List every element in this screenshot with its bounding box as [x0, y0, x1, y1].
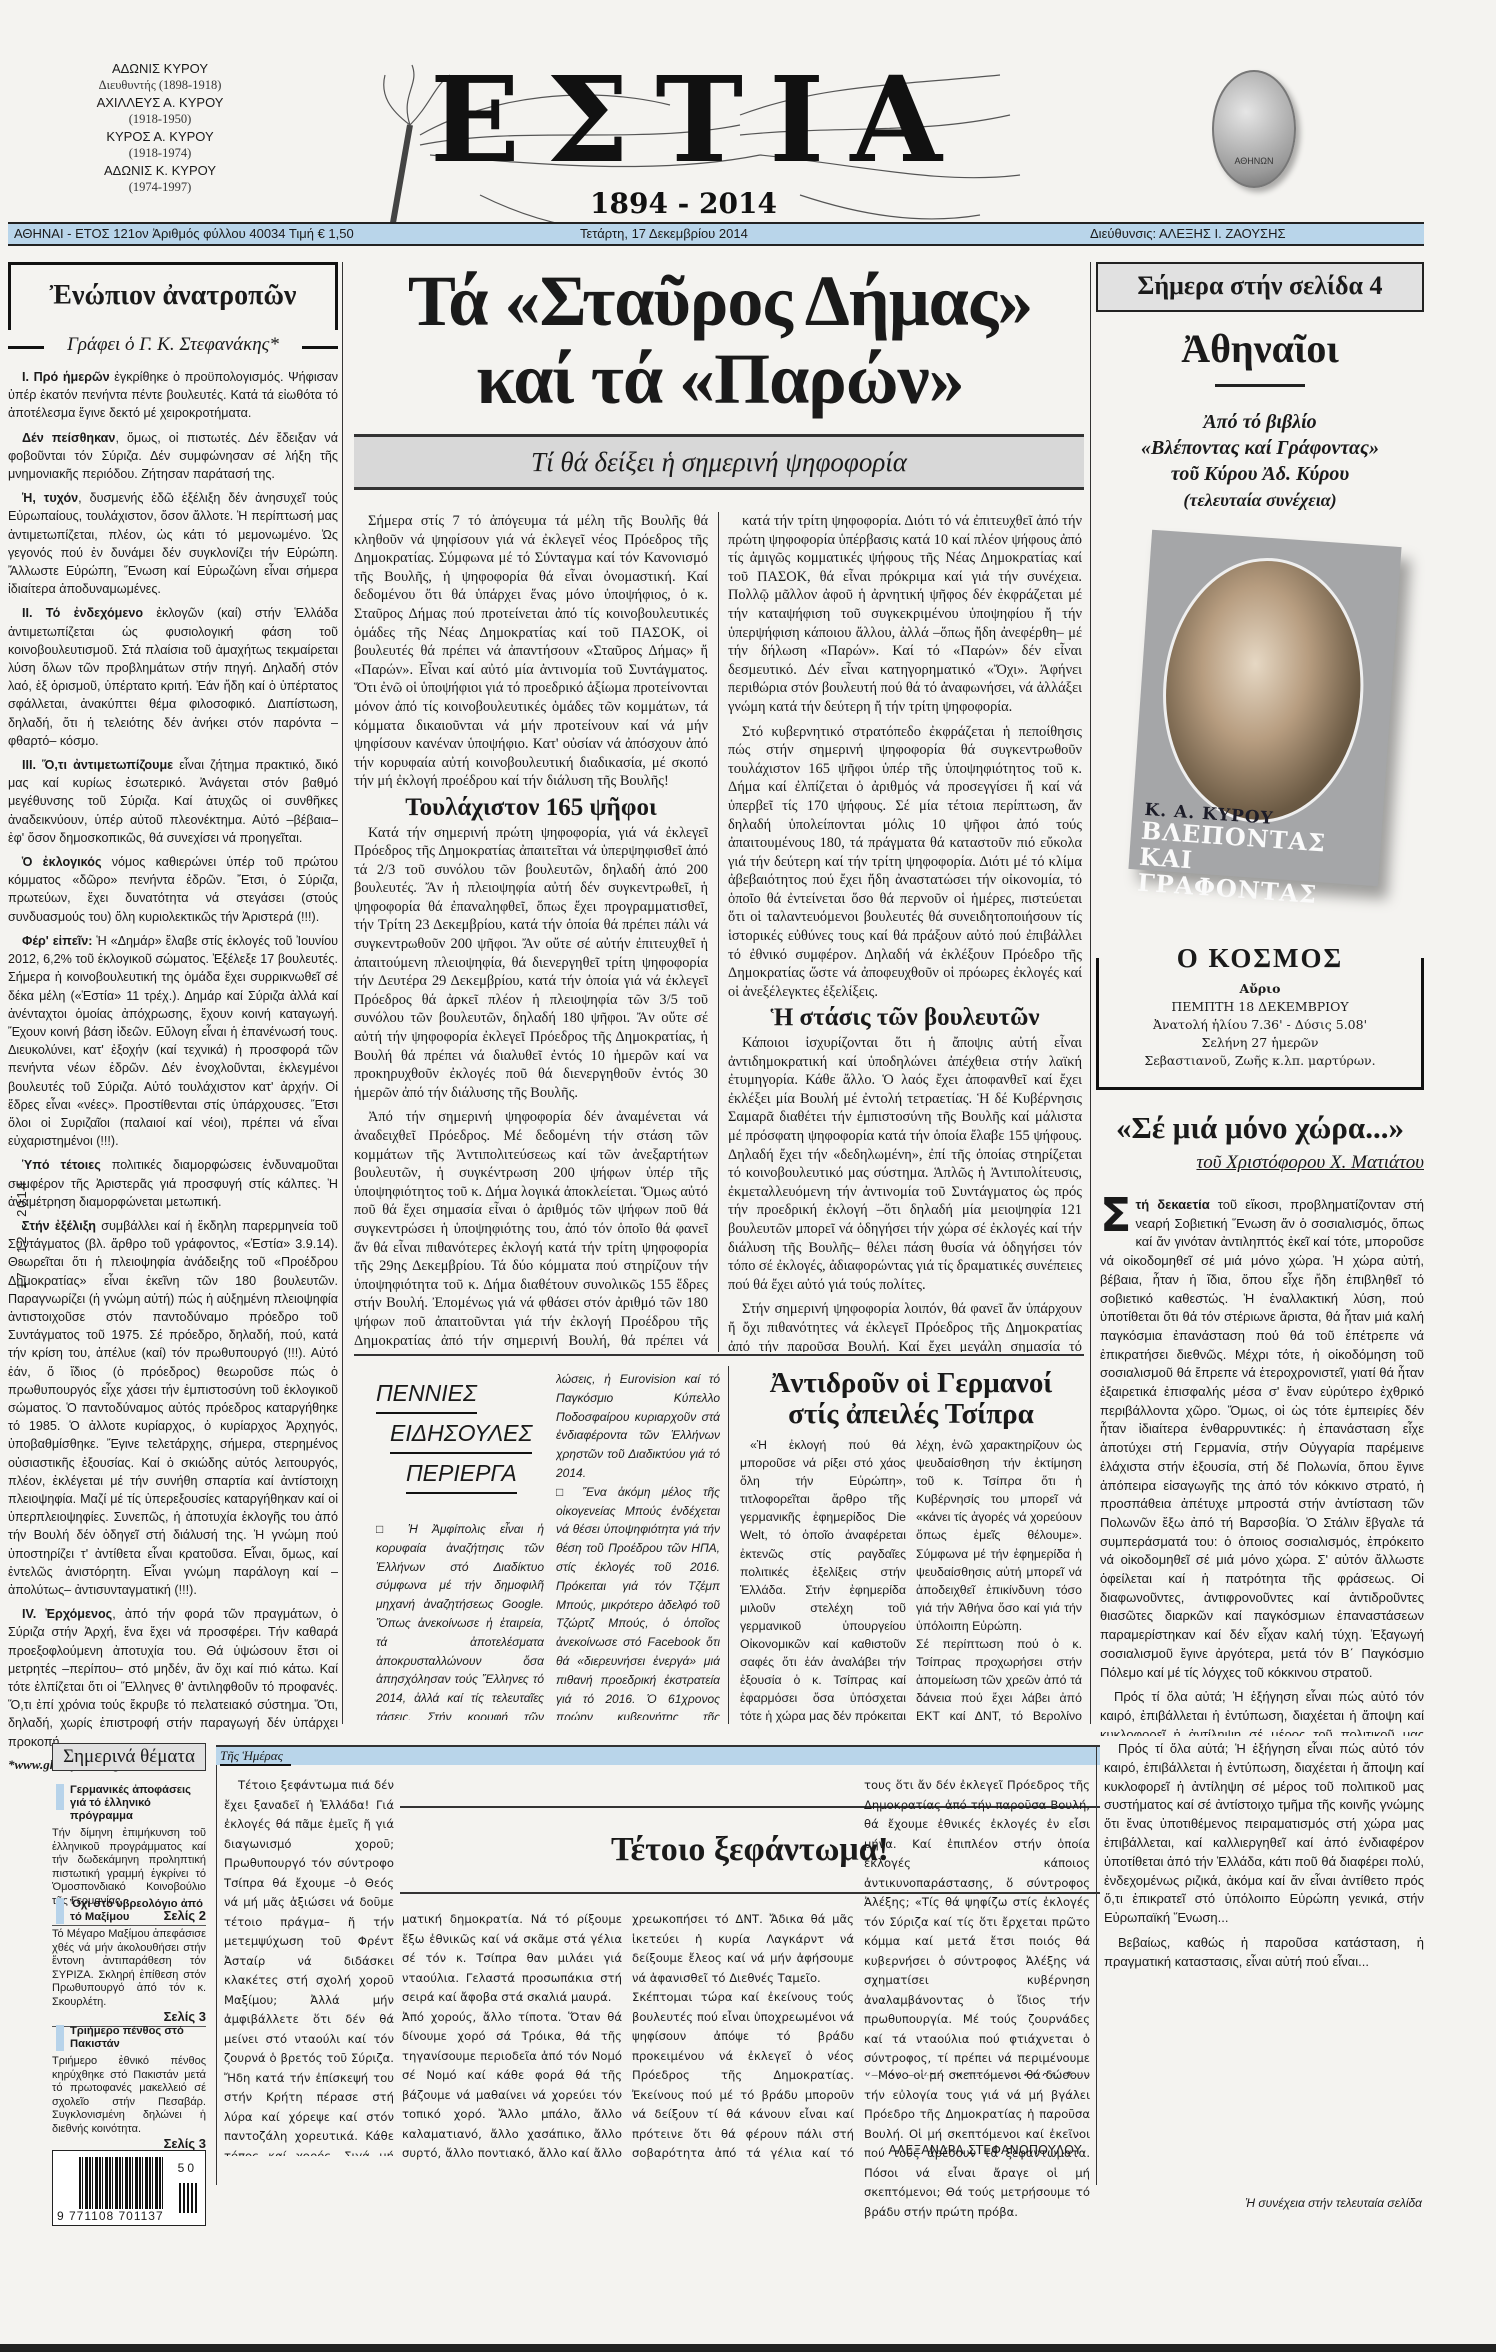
- almanac-title: Ο ΚΟΣΜΟΣ: [1096, 943, 1424, 973]
- opinion-paragraph: Ἡ, τυχόν, δυσμενής ἐδῶ ἐξέλιξη δέν ἀνησυ…: [8, 489, 338, 598]
- founder: ΑΔΩΝΙΣ Κ. ΚΥΡΟΥ(1974-1997): [60, 162, 260, 196]
- column-divider: [1090, 262, 1091, 1724]
- story-paragraph: Ἀπό τήν σημερινή ψηφοφορία δέν ἀναμένετα…: [354, 1108, 708, 1352]
- story-paragraph: Σήμερα στίς 7 τό ἀπόγευμα τά μέλη τῆς Βο…: [354, 512, 708, 791]
- masthead-years: 1894 - 2014: [590, 187, 777, 220]
- main-story-col-2: κατά τήν τρίτη ψηφοφορία. Διότι τό νά ἐπ…: [728, 512, 1082, 1352]
- page-edge: [0, 2344, 1496, 2352]
- story-paragraph: Στό κυβερνητικό στρατόπεδο ἐκφράζεται ἡ …: [728, 723, 1082, 1002]
- main-subheadline: Τί θά δείξει ἡ σημερινή ψηφοφορία: [354, 434, 1084, 490]
- barcode-number: 9 771108 701137: [57, 2209, 166, 2223]
- story-paragraph: Κατά τήν σημερινή πρώτη ψηφοφορία, γιά ν…: [354, 824, 708, 1103]
- op2-body-continued: Πρός τί ὅλα αὐτά; Ἡ ἐξήγηση εἶναι πώς αὐ…: [1104, 1740, 1424, 2150]
- story-paragraph: Κάποιοι ἰσχυρίζονται ὅτι ἡ ἄποψις αὐτή ε…: [728, 1034, 1082, 1294]
- opinion-paragraph: II. Τό ἐνδεχόμενο ἐκλογῶν (καί) στήν Ἑλλ…: [8, 604, 338, 750]
- editorial-col-4: τους ὅτι ἄν δέν ἐκλεγεῖ Πρόεδρος τῆς Δημ…: [864, 1776, 1090, 2076]
- founder: ΚΥΡΟΣ Α. ΚΥΡΟΥ(1918-1974): [60, 128, 260, 162]
- op2-body: Στή δεκαετία τοῦ εἴκοσι, προβληματίζοντα…: [1100, 1196, 1424, 1736]
- story-paragraph: Στήν σημερινή ψηφοφορία λοιπόν, θά φανεῖ…: [728, 1300, 1082, 1352]
- issue-info: ΑΘΗΝΑΙ - ΕΤΟΣ 121ον Ἀριθμός φύλλου 40034…: [14, 224, 354, 244]
- coin-emblem-icon: ΑΘΗΝΩΝ: [1212, 70, 1296, 188]
- opinion-author: Γράφει ὁ Γ. Κ. Στεφανάκης*: [8, 334, 338, 356]
- director-name: Διεύθυνσις: ΑΛΕΞΗΣ Ι. ΖΑΟΥΣΗΣ: [1090, 224, 1286, 244]
- opinion-paragraph: Φέρ' εἰπεῖν: Ἡ «Δημάρ» ἔλαβε στίς ἐκλογέ…: [8, 932, 338, 1150]
- opinion-column: Ἐνώπιον ἀνατροπῶν Γράφει ὁ Γ. Κ. Στεφανά…: [8, 262, 338, 1773]
- today-page-box: Σήμερα στήν σελίδα 4: [1096, 262, 1424, 312]
- section-divider: [354, 1354, 1084, 1356]
- opinion-title: Ἐνώπιον ἀνατροπῶν: [8, 262, 338, 330]
- story-subheading: Ἡ στάσις τῶν βουλευτῶν: [728, 1009, 1082, 1028]
- issue-code: 50: [178, 2161, 197, 2175]
- column-divider: [728, 1366, 729, 1724]
- founder: ΑΧΙΛΛΕΥΣ Α. ΚΥΡΟΥ(1918-1950): [60, 94, 260, 128]
- book-title: «Βλέποντας καί Γράφοντας»: [1096, 435, 1424, 461]
- feature-title: Ἀθηναῖοι: [1096, 325, 1424, 372]
- book-intro: Ἀπό τό βιβλίο: [1096, 409, 1424, 435]
- opinion-paragraph: Ὑπό τέτοιες πολιτικές διαμορφώσεις ἐνδυν…: [8, 1156, 338, 1211]
- barcode-addon-icon: [179, 2183, 197, 2213]
- book-note: (τελευταία συνέχεια): [1096, 487, 1424, 513]
- op2-title: «Σέ μιά μόνο χώρα...»: [1096, 1110, 1424, 1146]
- barcode-bars-icon: [79, 2157, 165, 2213]
- opinion-paragraph: Δέν πείσθηκαν, ὅμως, οἱ πιστωτές. Δέν ἔδ…: [8, 429, 338, 484]
- column-divider: [216, 1745, 217, 2185]
- book-author: τοῦ Κύρου Ἀδ. Κύρου: [1096, 461, 1424, 487]
- germans-headline: Ἀντιδροῦν οἱ Γερμανοί στίς ἀπειλές Τσίπρ…: [736, 1368, 1086, 1430]
- op2-paragraph: Πρός τί ὅλα αὐτά; Ἡ ἐξήγηση εἶναι πώς αὐ…: [1100, 1688, 1424, 1736]
- title-rule: [1215, 384, 1305, 387]
- editorial-section-bar: Τῆς Ἡμέρας: [216, 1745, 1100, 1765]
- op2-author: τοῦ Χριστόφορου Χ. Ματιάτου: [1096, 1152, 1424, 1174]
- portrait-oval: [1154, 551, 1372, 829]
- opinion-body: I. Πρό ἡμερῶν ἐγκρίθηκε ὁ προϋπολογισμός…: [8, 368, 338, 1751]
- opinion-paragraph: III. Ὅ,τι ἀντιμετωπίζουμε εἶναι ζήτημα π…: [8, 756, 338, 847]
- almanac-box: Ο ΚΟΣΜΟΣ Αὔριο ΠΕΜΠΤΗ 18 ΔΕΚΕΜΒΡΙΟΥ Ἀνατ…: [1096, 958, 1424, 1090]
- topic-item[interactable]: Τριήμερο πένθος στό Πακιστάν Τριήμερο ἐθ…: [52, 2025, 206, 2154]
- column-divider: [342, 262, 343, 1724]
- main-story-col-1: Σήμερα στίς 7 τό ἀπόγευμα τά μέλη τῆς Βο…: [354, 512, 708, 1352]
- continued-link[interactable]: Ἡ συνέχεια στήν τελευταία σελίδα: [1100, 2196, 1422, 2210]
- opinion-paragraph: I. Πρό ἡμερῶν ἐγκρίθηκε ὁ προϋπολογισμός…: [8, 368, 338, 423]
- column-divider: [1096, 1745, 1097, 2185]
- pennies-col-1: □ Ἡ Ἀμφίπολις εἶναι ἡ κορυφαία ἀναζήτησι…: [376, 1520, 544, 1720]
- opinion-paragraph: Ὁ ἐκλογικός νόμος καθιερώνει ὑπέρ τοῦ πρ…: [8, 853, 338, 926]
- germans-col-2: λέχη, ἐνῶ χαρακτηρίζουν ὡς ψευδαίσθηση τ…: [916, 1436, 1082, 1724]
- story-subheading: Τουλάχιστον 165 ψῆφοι: [354, 799, 708, 818]
- editorial-col-3: χρεωκοπήσει τό ΔΝΤ. Ἄδικα θά μᾶς ἱκετεύε…: [632, 1910, 854, 2160]
- info-bar: ΑΘΗΝΑΙ - ΕΤΟΣ 121ον Ἀριθμός φύλλου 40034…: [8, 222, 1424, 246]
- founders-list: ΑΔΩΝΙΣ ΚΥΡΟΥΔιευθυντής (1898-1918) ΑΧΙΛΛ…: [60, 60, 260, 196]
- topics-title: Σημερινά θέματα: [52, 1743, 206, 1771]
- story-paragraph: κατά τήν τρίτη ψηφοφορία. Διότι τό νά ἐπ…: [728, 512, 1082, 717]
- pennies-title: ΠΕΝΝΙΕΣ ΕΙΔΗΣΟΥΛΕΣ ΠΕΡΙΕΡΓΑ: [376, 1374, 546, 1494]
- coin-inscription: ΑΘΗΝΩΝ: [1214, 156, 1294, 166]
- opinion-paragraph: Στήν ἐξέλιξη συμβάλλει καί ἡ ἔκδηλη παρε…: [8, 1217, 338, 1599]
- newspaper-logo: ΕΣΤΙΑ 1894 - 2014: [340, 55, 1060, 205]
- book-cover-image: Κ. Α. ΚΥΡΟΥ ΒΛΕΠΟΝΤΑΣΚΑΙ ΓΡΑΦΟΝΤΑΣ: [1128, 530, 1401, 887]
- editorial-signature: ΑΛΕΞΑΝΔΡΑ ΣΤΕΦΑΝΟΠΟΥΛΟΥ: [880, 2140, 1090, 2160]
- opinion-paragraph: IV. Ἐρχόμενος, ἀπό τήν φορά τῶν πραγμάτω…: [8, 1605, 338, 1751]
- barcode: 9 771108 701137 50: [52, 2150, 206, 2226]
- column-divider: [718, 512, 719, 1352]
- drop-cap: Σ: [1100, 1196, 1131, 1234]
- topic-item[interactable]: Ὄχι στό ὑβρεολόγιο ἀπό τό Μαξίμου Τό Μέγ…: [52, 1898, 206, 2027]
- editorial-col-1: Τέτοιο ξεφάντωμα πιά δέν ἔχει ξαναδεῖ ἡ …: [224, 1776, 394, 2156]
- cover-title: ΒΛΕΠΟΝΤΑΣΚΑΙ ΓΡΑΦΟΝΤΑΣ: [1137, 818, 1382, 913]
- issue-date: Τετάρτη, 17 Δεκεμβρίου 2014: [580, 224, 748, 244]
- almanac-body: Αὔριο ΠΕΜΠΤΗ 18 ΔΕΚΕΜΒΡΙΟΥ Ἀνατολή ἡλίου…: [1099, 980, 1421, 1070]
- masthead-title: ΕΣΤΙΑ: [430, 55, 968, 185]
- athenians-feature: Ἀθηναῖοι Ἀπό τό βιβλίο «Βλέποντας καί Γρ…: [1096, 325, 1424, 513]
- editorial-col-2: ματική δημοκρατία. Νά τό ρίξουμε ἔξω ἐθν…: [402, 1910, 622, 2160]
- germans-col-1: «Ἡ ἐκλογή πού θά μποροῦσε νά ρίξει στό χ…: [740, 1436, 906, 1724]
- founder: ΑΔΩΝΙΣ ΚΥΡΟΥΔιευθυντής (1898-1918): [60, 60, 260, 94]
- pennies-col-2: λώσεις, ἡ Eurovision καί τό Παγκόσμιο Κύ…: [556, 1370, 720, 1720]
- main-headline: Τά «Σταῦρος Δήμας» καί τά «Παρών»: [350, 262, 1090, 418]
